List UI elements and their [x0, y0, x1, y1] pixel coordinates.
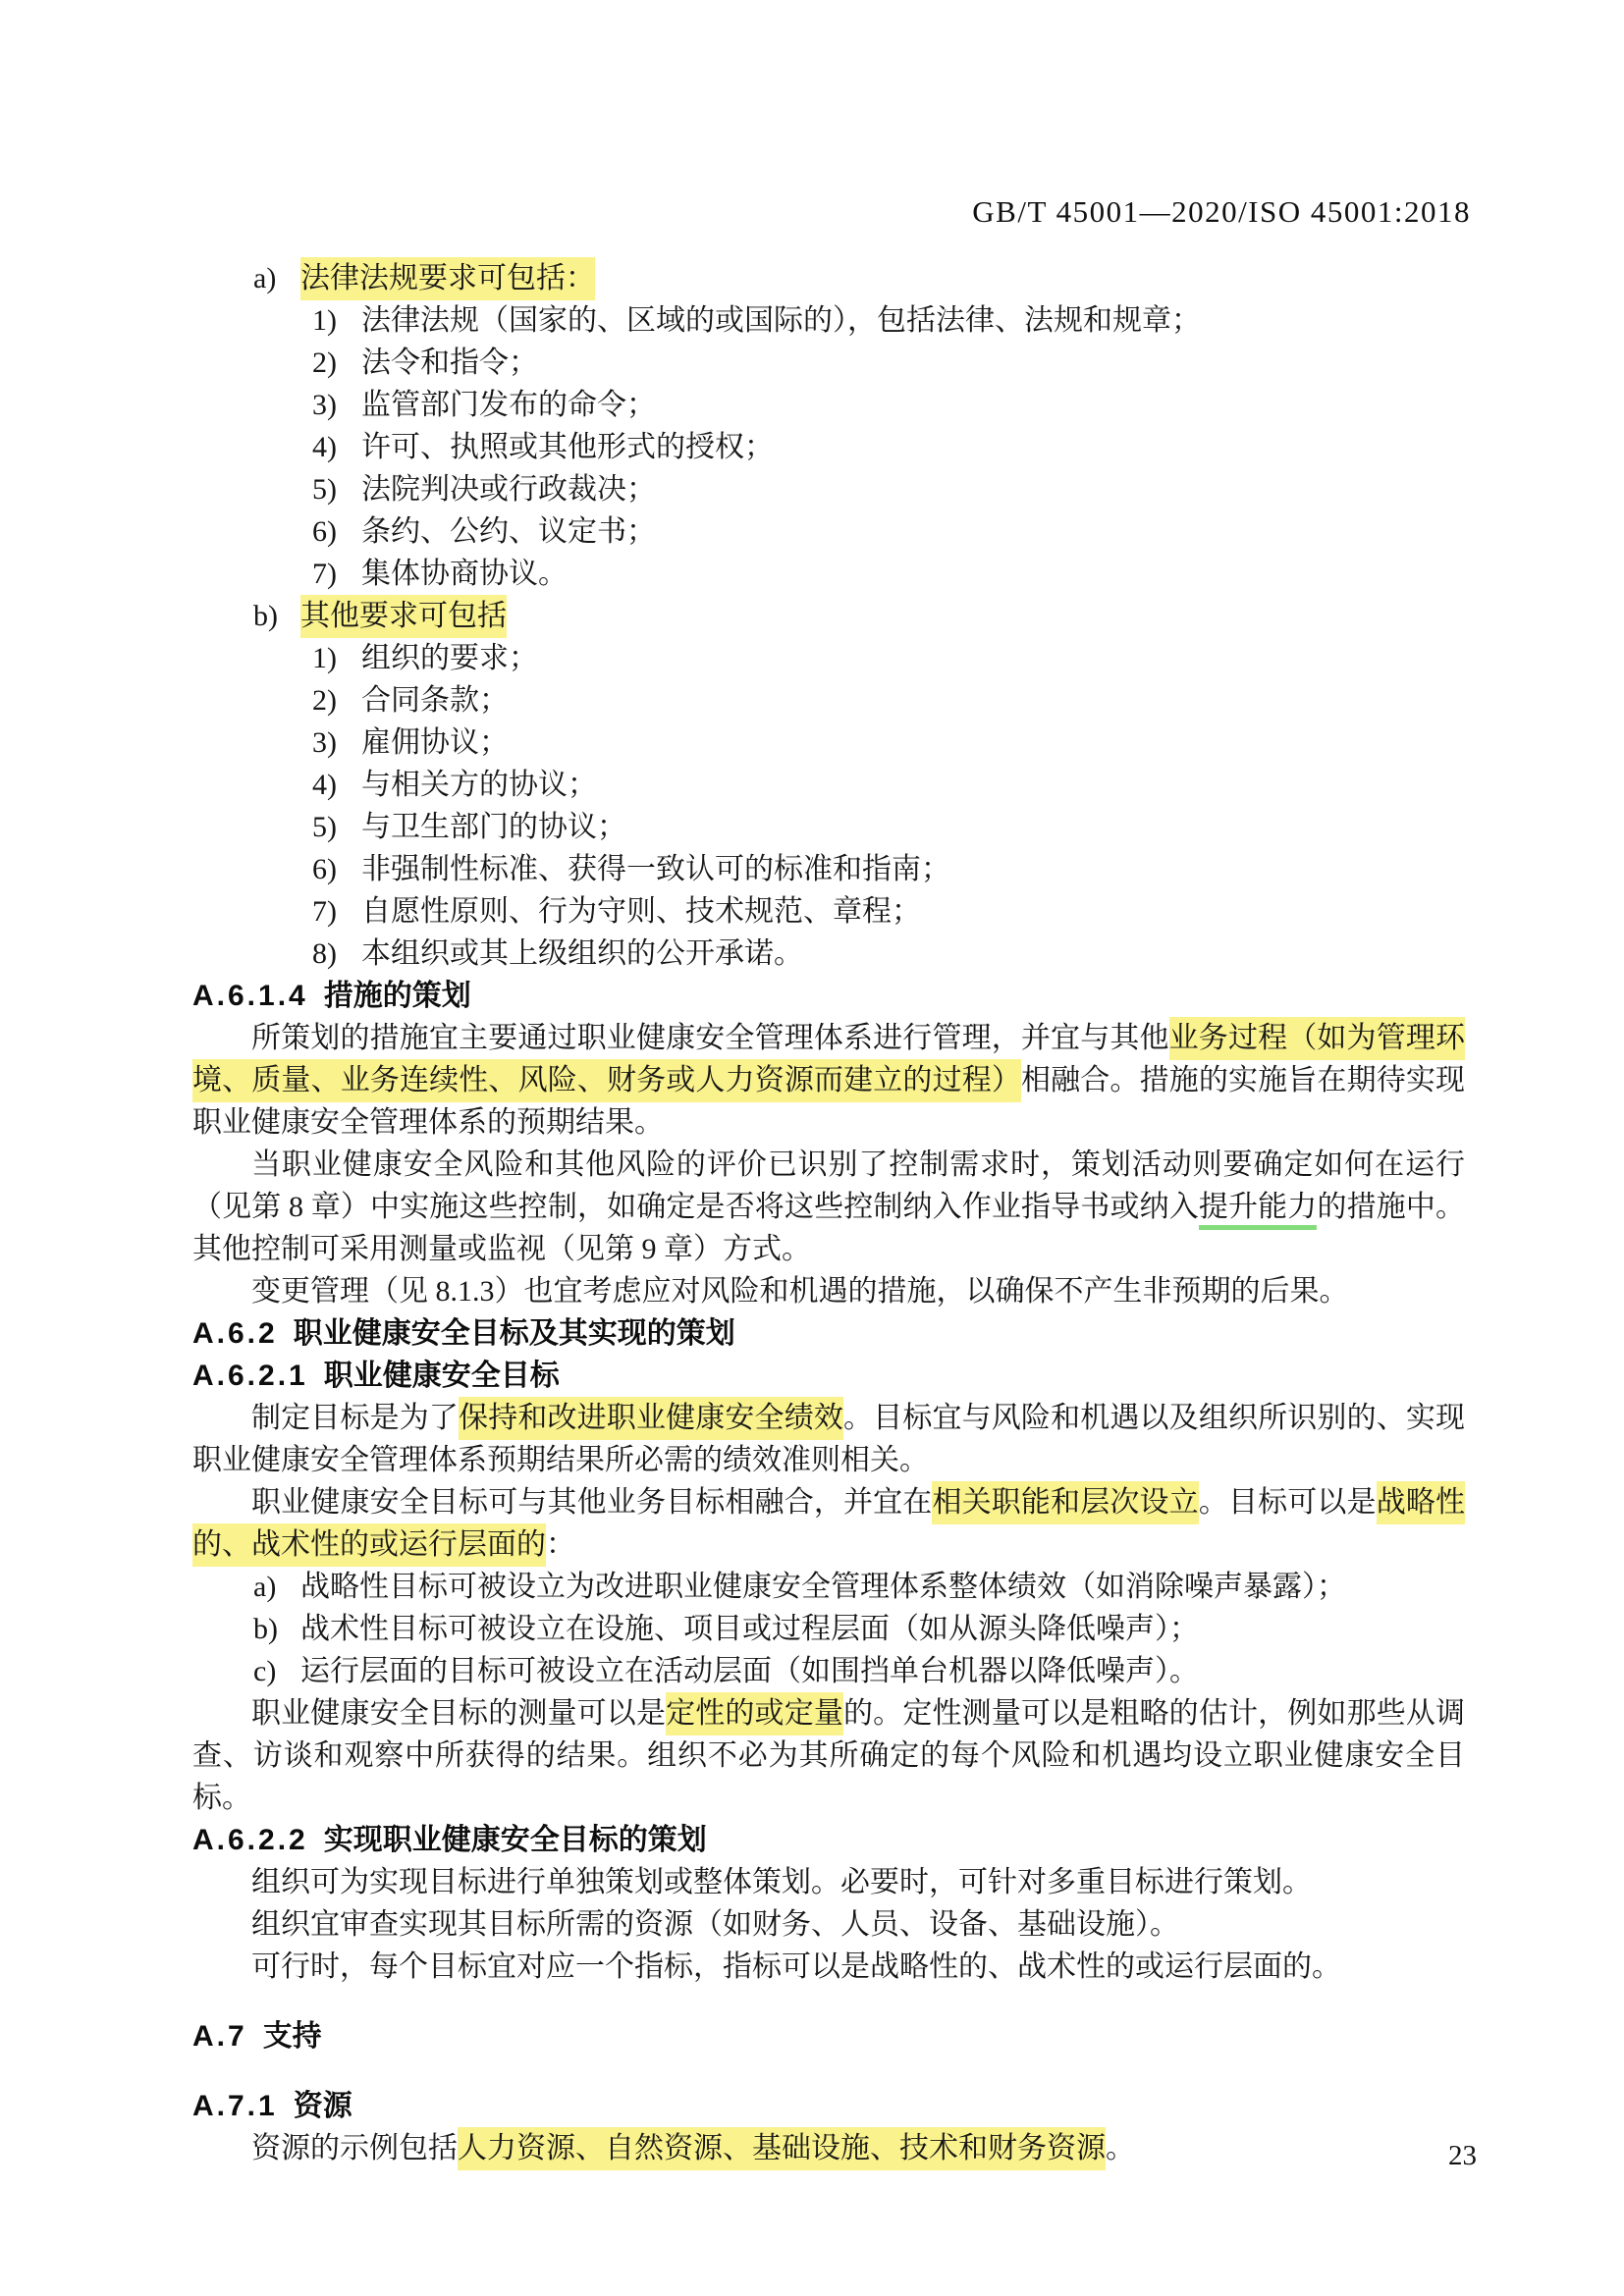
list-marker: a)	[253, 257, 300, 299]
list-item-alpha: a)法律法规要求可包括：	[192, 257, 1465, 299]
list-marker: 5)	[312, 806, 361, 848]
text-run: 许可、执照或其他形式的授权；	[361, 431, 774, 463]
text-run: ：	[546, 1528, 575, 1561]
section-heading: A.6.2.1职业健康安全目标	[192, 1355, 1465, 1397]
heading-number: A.6.2.1	[192, 1360, 308, 1392]
list-marker: 3)	[312, 384, 361, 426]
highlighted-text: 其他要求可包括	[300, 595, 507, 638]
highlighted-text: 法律法规要求可包括：	[300, 257, 595, 300]
highlighted-text: 人力资源、自然资源、基础设施、技术和财务资源	[458, 2127, 1106, 2170]
text-run: 监管部门发布的命令；	[361, 389, 656, 421]
highlighted-text: 相关职能和层次设立	[932, 1481, 1198, 1524]
list-item-numbered: 2)法令和指令；	[192, 342, 1465, 384]
paragraph: 所策划的措施宜主要通过职业健康安全管理体系进行管理，并宜与其他业务过程（如为管理…	[192, 1017, 1465, 1144]
text-run: 战略性目标可被设立为改进职业健康安全管理体系整体绩效（如消除噪声暴露）；	[300, 1571, 1346, 1603]
heading-number: A.6.2.2	[192, 1824, 308, 1856]
text-run: 所策划的措施宜主要通过职业健康安全管理体系进行管理，并宜与其他	[251, 1022, 1169, 1054]
list-marker: b)	[253, 595, 300, 637]
heading-title: 实现职业健康安全目标的策划	[324, 1824, 707, 1856]
list-item-numbered: 5)与卫生部门的协议；	[192, 806, 1465, 848]
heading-title: 资源	[294, 2090, 352, 2122]
text-run: 非强制性标准、获得一致认可的标准和指南；	[361, 853, 950, 885]
document-page: GB/T 45001—2020/ISO 45001:2018 a)法律法规要求可…	[0, 0, 1624, 2296]
heading-number: A.6.2	[192, 1317, 278, 1350]
list-item-numbered: 2)合同条款；	[192, 679, 1465, 721]
text-run: 组织可为实现目标进行单独策划或整体策划。必要时，可针对多重目标进行策划。	[251, 1866, 1312, 1898]
text-run: 条约、公约、议定书；	[361, 515, 656, 548]
list-item-numbered: 7)集体协商协议。	[192, 553, 1465, 595]
list-marker: a)	[253, 1566, 300, 1608]
text-run: 。目标可以是	[1199, 1486, 1377, 1519]
list-marker: 2)	[312, 342, 361, 384]
paragraph: 制定目标是为了保持和改进职业健康安全绩效。目标宜与风险和机遇以及组织所识别的、实…	[192, 1397, 1465, 1481]
paragraph: 职业健康安全目标的测量可以是定性的或定量的。定性测量可以是粗略的估计，例如那些从…	[192, 1692, 1465, 1819]
list-item-numbered: 4)与相关方的协议；	[192, 764, 1465, 806]
list-marker: 3)	[312, 721, 361, 764]
paragraph: 资源的示例包括人力资源、自然资源、基础设施、技术和财务资源。	[192, 2127, 1465, 2169]
list-marker: 1)	[312, 637, 361, 679]
list-marker: 6)	[312, 510, 361, 553]
list-item-numbered: 7)自愿性原则、行为守则、技术规范、章程；	[192, 890, 1465, 933]
list-item-numbered: 6)非强制性标准、获得一致认可的标准和指南；	[192, 848, 1465, 890]
list-item-numbered: 3)监管部门发布的命令；	[192, 384, 1465, 426]
heading-number: A.7.1	[192, 2090, 278, 2122]
heading-title: 职业健康安全目标及其实现的策划	[294, 1317, 735, 1350]
document-body: a)法律法规要求可包括：1)法律法规（国家的、区域的或国际的），包括法律、法规和…	[192, 257, 1465, 2169]
list-marker: 7)	[312, 890, 361, 933]
heading-title: 支持	[263, 2020, 322, 2053]
text-run: 法律法规（国家的、区域的或国际的），包括法律、法规和规章；	[361, 304, 1201, 337]
heading-title: 措施的策划	[324, 980, 471, 1012]
list-marker: 1)	[312, 299, 361, 342]
text-run: 法令和指令；	[361, 347, 538, 379]
text-run: 组织的要求；	[361, 642, 538, 674]
heading-title: 职业健康安全目标	[324, 1360, 560, 1392]
section-heading: A.6.2.2实现职业健康安全目标的策划	[192, 1819, 1465, 1861]
list-marker: 6)	[312, 848, 361, 890]
highlighted-text: 定性的或定量	[666, 1692, 843, 1735]
paragraph: 当职业健康安全风险和其他风险的评价已识别了控制需求时，策划活动则要确定如何在运行…	[192, 1144, 1465, 1270]
list-marker: 4)	[312, 764, 361, 806]
list-marker: 5)	[312, 468, 361, 510]
standard-number-header: GB/T 45001—2020/ISO 45001:2018	[972, 194, 1471, 230]
list-item-numbered: 1)法律法规（国家的、区域的或国际的），包括法律、法规和规章；	[192, 299, 1465, 342]
page-number: 23	[1448, 2140, 1477, 2172]
text-run: 本组织或其上级组织的公开承诺。	[361, 937, 803, 970]
list-marker: c)	[253, 1650, 300, 1692]
text-run: 雇佣协议；	[361, 726, 509, 759]
text-run: 资源的示例包括	[251, 2132, 458, 2164]
section-heading: A.6.1.4措施的策划	[192, 975, 1465, 1017]
list-item-alpha: c)运行层面的目标可被设立在活动层面（如围挡单台机器以降低噪声）。	[192, 1650, 1465, 1692]
section-heading: A.7.1资源	[192, 2085, 1465, 2127]
highlighted-text: 保持和改进职业健康安全绩效	[459, 1397, 843, 1440]
list-item-alpha: b)其他要求可包括	[192, 595, 1465, 637]
list-item-numbered: 8)本组织或其上级组织的公开承诺。	[192, 933, 1465, 975]
list-item-numbered: 5)法院判决或行政裁决；	[192, 468, 1465, 510]
section-heading: A.6.2职业健康安全目标及其实现的策划	[192, 1312, 1465, 1355]
list-item-numbered: 3)雇佣协议；	[192, 721, 1465, 764]
text-run: 战术性目标可被设立在设施、项目或过程层面（如从源头降低噪声）；	[300, 1613, 1199, 1645]
text-run: 可行时，每个目标宜对应一个指标，指标可以是战略性的、战术性的或运行层面的。	[251, 1950, 1341, 1983]
paragraph: 组织宜审查实现其目标所需的资源（如财务、人员、设备、基础设施）。	[192, 1903, 1465, 1946]
paragraph: 组织可为实现目标进行单独策划或整体策划。必要时，可针对多重目标进行策划。	[192, 1861, 1465, 1903]
text-run: 自愿性原则、行为守则、技术规范、章程；	[361, 895, 921, 928]
paragraph: 可行时，每个目标宜对应一个指标，指标可以是战略性的、战术性的或运行层面的。	[192, 1946, 1465, 1988]
list-marker: 7)	[312, 553, 361, 595]
text-run: 组织宜审查实现其目标所需的资源（如财务、人员、设备、基础设施）。	[251, 1908, 1179, 1941]
text-run: 法院判决或行政裁决；	[361, 473, 656, 506]
section-heading: A.7支持	[192, 2015, 1465, 2057]
underlined-text: 提升能力	[1199, 1191, 1318, 1230]
list-marker: 4)	[312, 426, 361, 468]
heading-number: A.7	[192, 2020, 247, 2053]
text-run: 。	[1106, 2132, 1135, 2164]
text-run: 运行层面的目标可被设立在活动层面（如围挡单台机器以降低噪声）。	[300, 1655, 1199, 1687]
paragraph: 变更管理（见 8.1.3）也宜考虑应对风险和机遇的措施，以确保不产生非预期的后果…	[192, 1270, 1465, 1312]
list-marker: b)	[253, 1608, 300, 1650]
paragraph: 职业健康安全目标可与其他业务目标相融合，并宜在相关职能和层次设立。目标可以是战略…	[192, 1481, 1465, 1566]
text-run: 职业健康安全目标的测量可以是	[251, 1697, 666, 1730]
list-item-alpha: a)战略性目标可被设立为改进职业健康安全管理体系整体绩效（如消除噪声暴露）；	[192, 1566, 1465, 1608]
text-run: 变更管理（见 8.1.3）也宜考虑应对风险和机遇的措施，以确保不产生非预期的后果…	[251, 1275, 1349, 1308]
text-run: 制定目标是为了	[251, 1402, 459, 1434]
heading-number: A.6.1.4	[192, 980, 308, 1012]
list-item-numbered: 6)条约、公约、议定书；	[192, 510, 1465, 553]
list-marker: 8)	[312, 933, 361, 975]
text-run: 职业健康安全目标可与其他业务目标相融合，并宜在	[251, 1486, 932, 1519]
list-marker: 2)	[312, 679, 361, 721]
list-item-numbered: 4)许可、执照或其他形式的授权；	[192, 426, 1465, 468]
text-run: 与卫生部门的协议；	[361, 811, 626, 843]
list-item-alpha: b)战术性目标可被设立在设施、项目或过程层面（如从源头降低噪声）；	[192, 1608, 1465, 1650]
text-run: 合同条款；	[361, 684, 509, 717]
text-run: 与相关方的协议；	[361, 769, 597, 801]
text-run: 集体协商协议。	[361, 558, 568, 590]
list-item-numbered: 1)组织的要求；	[192, 637, 1465, 679]
